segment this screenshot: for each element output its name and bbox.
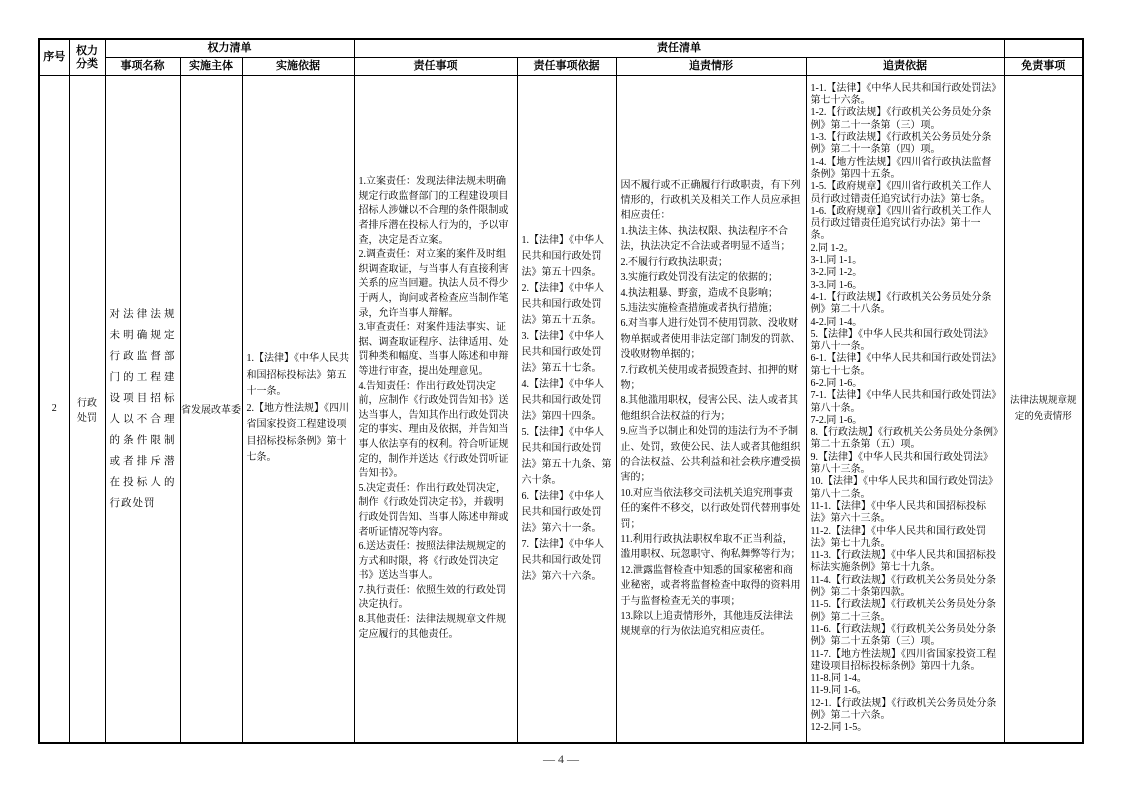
table-row: 2 行政处罚 对法律法规未明确规定行政监督部门的工程建设项目招标人以不合理的条件… — [39, 76, 1083, 743]
cell-implementation-basis: 1.【法律】《中华人民共和国招标投标法》第五十一条。2.【地方性法规】《四川省国… — [242, 76, 354, 743]
header-implementing-body: 实施主体 — [180, 58, 242, 76]
header-serial-number: 序号 — [39, 39, 69, 76]
header-accountability-situations: 追责情形 — [616, 58, 806, 76]
cell-power-category: 行政处罚 — [69, 76, 105, 743]
accountability-list: 1.执法主体、执法权限、执法程序不合法，执法决定不合法或者明显不适当；2.不履行… — [621, 224, 802, 640]
cell-responsibility-items: 1.立案责任：发现法律法规未明确规定行政监督部门的工程建设项目招标人涉嫌以不合理… — [354, 76, 517, 743]
cell-implementing-body: 省发展改革委 — [180, 76, 242, 743]
header-implementation-basis: 实施依据 — [242, 58, 354, 76]
accountability-intro: 因不履行或不正确履行行政职责，有下列情形的，行政机关及相关工作人员应承担相应责任… — [621, 178, 802, 224]
power-responsibility-table: 序号 权力分类 权力清单 责任清单 事项名称 实施主体 实施依据 责任事项 责任… — [38, 38, 1084, 744]
header-empty-cell — [1004, 39, 1083, 58]
header-power-category: 权力分类 — [69, 39, 105, 76]
header-responsibility-basis: 责任事项依据 — [517, 58, 616, 76]
cell-accountability-basis: 1-1.【法律】《中华人民共和国行政处罚法》第七十六条。1-2.【行政法规】《行… — [806, 76, 1004, 743]
header-accountability-basis: 追责依据 — [806, 58, 1004, 76]
header-group-power-list: 权力清单 — [105, 39, 354, 58]
header-responsibility-items: 责任事项 — [354, 58, 517, 76]
page-number: — 4 — — [0, 752, 1122, 767]
header-exemption-items: 免责事项 — [1004, 58, 1083, 76]
document-sheet: 序号 权力分类 权力清单 责任清单 事项名称 实施主体 实施依据 责任事项 责任… — [38, 38, 1084, 744]
header-group-responsibility-list: 责任清单 — [354, 39, 1004, 58]
cell-item-name: 对法律法规未明确规定行政监督部门的工程建设项目招标人以不合理的条件限制或者排斥潜… — [105, 76, 180, 743]
cell-exemption-items: 法律法规规章规定的免责情形 — [1004, 76, 1083, 743]
cell-serial-number: 2 — [39, 76, 69, 743]
cell-accountability-situations: 因不履行或不正确履行行政职责，有下列情形的，行政机关及相关工作人员应承担相应责任… — [616, 76, 806, 743]
cell-responsibility-basis: 1.【法律】《中华人民共和国行政处罚法》第五十四条。2.【法律】《中华人民共和国… — [517, 76, 616, 743]
header-item-name: 事项名称 — [105, 58, 180, 76]
